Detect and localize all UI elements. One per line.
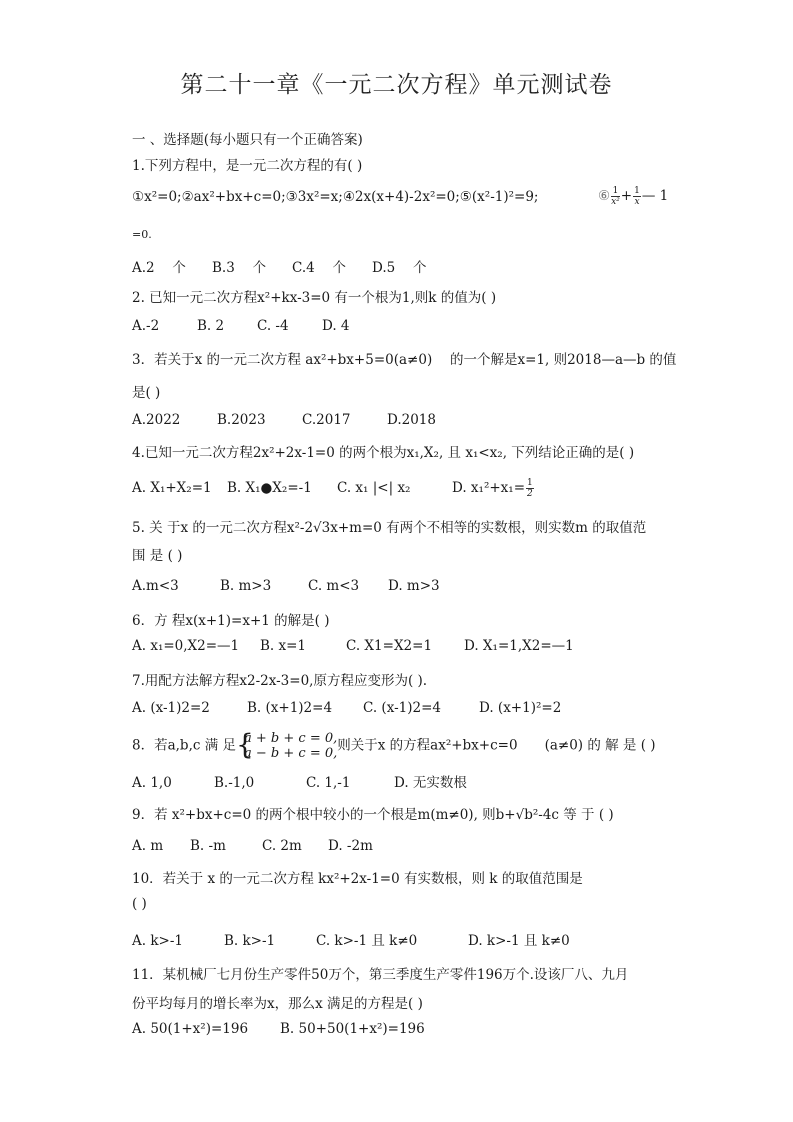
option-c: C.4 个 xyxy=(292,256,372,276)
option-a: A. k>-1 xyxy=(132,933,224,949)
document-title: 第二十一章《一元二次方程》单元测试卷 xyxy=(0,66,793,99)
question-1-items: ①x²=0;②ax²+bx+c=0;③3x²=x;④2x(x+4)-2x²=0;… xyxy=(132,189,538,205)
question-1-item6: ⑥1x²+1x— 1 xyxy=(598,186,668,207)
fraction-1-over-x2: 1x² xyxy=(611,186,620,207)
option-d: D. m>3 xyxy=(388,578,440,594)
option-d: D. (x+1)²=2 xyxy=(479,700,561,716)
option-a: A.2 个 xyxy=(132,256,212,276)
question-2-options: A.-2B. 2C. -4D. 4 xyxy=(132,318,350,334)
option-b: B.3 个 xyxy=(212,256,292,276)
option-a: A. 1,0 xyxy=(132,775,214,791)
question-4-options: A. X₁+X₂=1B. X₁●X₂=-1C. x₁ |<| x₂D. x₁²+… xyxy=(132,478,535,499)
question-8-options: A. 1,0B.-1,0C. 1,-1D. 无实数根 xyxy=(132,771,467,791)
option-b: B. X₁●X₂=-1 xyxy=(227,480,337,496)
option-a: A. 50(1+x²)=196 xyxy=(132,1021,280,1037)
option-a: A. m xyxy=(132,838,190,854)
option-c: C. -4 xyxy=(257,318,322,334)
section-heading: 一 、选择题(每小题只有一个正确答案) xyxy=(132,128,363,148)
option-a: A.-2 xyxy=(132,318,197,334)
exam-page: 第二十一章《一元二次方程》单元测试卷 一 、选择题(每小题只有一个正确答案) 1… xyxy=(0,0,793,1122)
option-c: C. x₁ |<| x₂ xyxy=(337,480,452,496)
question-6-stem: 6．方 程x(x+1)=x+1 的解是( ) xyxy=(132,609,329,629)
fraction-one-half: 12 xyxy=(526,478,534,499)
question-8-stem: 8．若a,b,c 满 足{a + b + c = 0,a − b + c = 0… xyxy=(132,731,656,761)
option-b: B. 50+50(1+x²)=196 xyxy=(280,1021,425,1037)
question-11-continuation: 份平均每月的增长率为x，那么x 满足的方程是( ) xyxy=(132,992,423,1012)
option-b: B. (x+1)2=4 xyxy=(247,700,363,716)
option-d: D.5 个 xyxy=(372,256,427,276)
question-9-options: A. mB. -mC. 2mD. -2m xyxy=(132,838,373,854)
option-c: C. 2m xyxy=(262,838,328,854)
question-6-options: A. x₁=0,X2=—1B. x=1C. X1=X2=1D. X₁=1,X2=… xyxy=(132,638,574,654)
option-c: C. m<3 xyxy=(308,578,388,594)
option-d: D. x₁²+x₁= xyxy=(452,480,525,496)
question-7-options: A. (x-1)2=2B. (x+1)2=4C. (x-1)2=4D. (x+1… xyxy=(132,700,561,716)
option-b: B. -m xyxy=(190,838,262,854)
option-a: A.m<3 xyxy=(132,578,220,594)
option-b: B. 2 xyxy=(197,318,257,334)
option-c: C. X1=X2=1 xyxy=(346,638,464,654)
option-d: D. X₁=1,X2=—1 xyxy=(464,638,574,654)
option-a: A.2022 xyxy=(132,412,217,428)
option-c: C. 1,-1 xyxy=(306,775,394,791)
option-c: C. (x-1)2=4 xyxy=(363,700,479,716)
question-5-stem: 5. 关 于x 的一元二次方程x²-2√3x+m=0 有两个不相等的实数根，则实… xyxy=(132,516,646,536)
option-a: A. x₁=0,X2=—1 xyxy=(132,638,260,654)
question-10-stem: 10．若关于 x 的一元二次方程 kx²+2x-1=0 有实数根，则 k 的取值… xyxy=(132,867,583,887)
option-b: B. m>3 xyxy=(220,578,308,594)
question-7-stem: 7.用配方法解方程x2-2x-3=0,原方程应变形为( ). xyxy=(132,669,427,689)
option-b: B. k>-1 xyxy=(224,933,316,949)
option-a: A. X₁+X₂=1 xyxy=(132,480,227,496)
option-b: B.2023 xyxy=(217,412,302,428)
question-4-stem: 4.已知一元二次方程2x²+2x-1=0 的两个根为x₁,X₂, 且 x₁<x₂… xyxy=(132,441,634,461)
left-brace-icon: { xyxy=(236,729,254,761)
option-a: A. (x-1)2=2 xyxy=(132,700,247,716)
question-3-stem: 3．若关于x 的一元二次方程 ax²+bx+5=0(a≠0) 的一个解是x=1,… xyxy=(132,348,676,368)
option-b: B. x=1 xyxy=(260,638,346,654)
option-d: D. 4 xyxy=(322,318,350,334)
option-c: C.2017 xyxy=(302,412,387,428)
option-d: D. 无实数根 xyxy=(394,771,467,791)
option-d: D. k>-1 且 k≠0 xyxy=(468,929,570,949)
question-1-stem: 1.下列方程中，是一元二次方程的有( ) xyxy=(132,154,362,174)
equation-system: {a + b + c = 0,a − b + c = 0, xyxy=(236,731,337,761)
option-c: C. k>-1 且 k≠0 xyxy=(316,929,468,949)
question-5-continuation: 围 是 ( ) xyxy=(132,544,182,564)
question-3-continuation: 是( ) xyxy=(132,381,160,401)
question-10-continuation: ( ) xyxy=(132,896,147,912)
question-9-stem: 9．若 x²+bx+c=0 的两个根中较小的一个根是m(m≠0), 则b+√b²… xyxy=(132,803,614,823)
question-10-options: A. k>-1B. k>-1C. k>-1 且 k≠0D. k>-1 且 k≠0 xyxy=(132,929,570,949)
option-b: B.-1,0 xyxy=(214,775,306,791)
question-1-continuation: =0. xyxy=(132,228,152,241)
option-d: D. -2m xyxy=(328,838,373,854)
question-1-options: A.2 个B.3 个C.4 个D.5 个 xyxy=(132,256,427,276)
circled-six: ⑥ xyxy=(598,188,610,204)
question-11-options: A. 50(1+x²)=196B. 50+50(1+x²)=196 xyxy=(132,1021,425,1037)
question-3-options: A.2022B.2023C.2017D.2018 xyxy=(132,412,436,428)
question-5-options: A.m<3B. m>3C. m<3D. m>3 xyxy=(132,578,440,594)
question-2-stem: 2. 已知一元二次方程x²+kx-3=0 有一个根为1,则k 的值为( ) xyxy=(132,286,496,306)
option-d: D.2018 xyxy=(387,412,436,428)
question-11-stem: 11．某机械厂七月份生产零件50万个，第三季度生产零件196万个.设该厂八、九月 xyxy=(132,963,628,983)
fraction-1-over-x: 1x xyxy=(633,186,641,207)
